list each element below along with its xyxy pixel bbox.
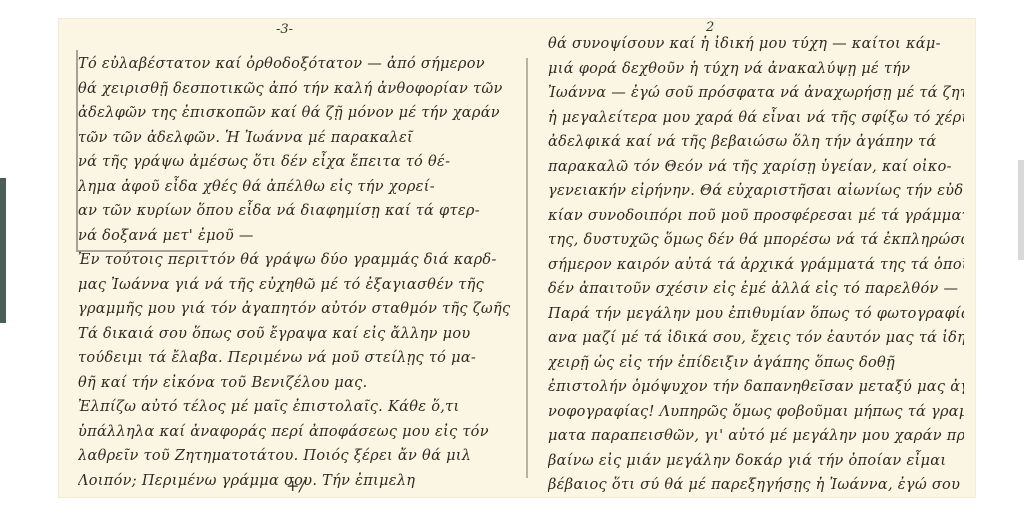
text-line: τῶν τῶν ἀδελφῶν. Ἡ Ἰωάννα μέ παρακαλεῖ xyxy=(78,126,516,151)
text-line: της, δυστυχῶς ὅμως δέν θά μπορέσω νά τά … xyxy=(548,228,964,253)
text-line: ἐπιστολήν ὁμόψυχον τήν δαπανηθεῖσαν μετα… xyxy=(548,375,964,400)
text-line: χειρῇ ὡς εἰς τήν ἐπίδειξιν ἀγάπης ὅπως δ… xyxy=(548,351,964,376)
text-line: δέν ἀπαιτοῦν σχέσιν εἰς ἐμέ ἀλλά εἰς τό … xyxy=(548,277,964,302)
text-line: βέβαιος ὅτι σύ θά μέ παρεξηγήσῃς ἡ Ἰωάνν… xyxy=(548,473,964,498)
page-number-left: -3- xyxy=(276,22,293,37)
text-line: ματα παραπεισθῶν, γι' αὐτό μέ μεγάλην μο… xyxy=(548,424,964,449)
text-line: ὑπάλληλα καί ἀναφοράς περί ἀποφάσεως μου… xyxy=(78,420,516,445)
footer-mark: +/ xyxy=(286,476,305,495)
text-line: σήμερον καιρόν αὐτά τά ἀρχικά γράμματά τ… xyxy=(548,253,964,278)
text-line: θά χειρισθῇ δεσποτικῶς ἀπό τήν καλή ἀνθο… xyxy=(78,77,516,102)
text-line: ἡ μεγαλείτερα μου χαρά θά εἶναι νά τῆς σ… xyxy=(548,106,964,131)
text-line: αν τῶν κυρίων ὅπου εἶδα νά διαφημίσῃ καί… xyxy=(78,199,516,224)
letter-sheet: -3- Τό εὐλαβέστατον καί ὀρθοδοξότατον — … xyxy=(58,18,976,498)
text-line: νά τῆς γράψω ἀμέσως ὅτι δέν εἶχα ἔπειτα … xyxy=(78,150,516,175)
text-line: νοφογραφίας! Λυπηρῶς ὅμως φοβοῦμαι μήπως… xyxy=(548,400,964,425)
scan-edge-right xyxy=(1018,160,1024,260)
text-line: βαίνω εἰς μιάν μεγάλην δοκάρ γιά τήν ὁπο… xyxy=(548,449,964,474)
text-line: νά δοξανά μετ' ἐμοῦ — xyxy=(78,224,516,249)
left-page: -3- Τό εὐλαβέστατον καί ὀρθοδοξότατον — … xyxy=(58,18,528,498)
right-page: 2 θά συνοψίσουν καί ἡ ἰδική μου τύχη — κ… xyxy=(528,18,976,498)
text-line: μιά φορά δεχθοῦν ἡ τύχη νά ἀνακαλύψῃ μέ … xyxy=(548,57,964,82)
text-line: Τό εὐλαβέστατον καί ὀρθοδοξότατον — ἀπό … xyxy=(78,52,516,77)
text-line: Ἰωάννα — ἐγώ σοῦ πρόσφατα νά ἀναχωρήσῃ μ… xyxy=(548,81,964,106)
text-line: γραμμῆς μου γιά τόν ἀγαπητόν αὐτόν σταθμ… xyxy=(78,297,516,322)
text-line: Τά δικαιά σου ὅπως σοῦ ἔγραψα καί εἰς ἄλ… xyxy=(78,322,516,347)
text-line: μας Ἰωάννα γιά νά τῆς εὐχηθῶ μέ τό ἐξαγι… xyxy=(78,273,516,298)
left-page-text: Τό εὐλαβέστατον καί ὀρθοδοξότατον — ἀπό … xyxy=(78,52,516,493)
text-line: γενειακήν εἰρήνην. Θά εὐχαριστῆσαι αἰωνί… xyxy=(548,179,964,204)
text-line: τούδειμι τά ἔλαβα. Περιμένω νά μοῦ στείλ… xyxy=(78,346,516,371)
text-line: κίαν συνοδοιπόρι ποῦ μοῦ προσφέρεσαι μέ … xyxy=(548,204,964,229)
text-line: θῆ καί τήν εἰκόνα τοῦ Βενιζέλου μας. xyxy=(78,371,516,396)
text-line: Ἐλπίζω αὐτό τέλος μέ μαῖς ἐπιστολαῖς. Κά… xyxy=(78,395,516,420)
text-line: ἀδελφικά καί νά τῆς βεβαιώσω ὅλη τήν ἀγά… xyxy=(548,130,964,155)
text-line: ἀδελφῶν της ἐπισκοπῶν καί θά ζῇ μόνον μέ… xyxy=(78,101,516,126)
text-line: παρακαλῶ τόν Θεόν νά τῆς χαρίσῃ ὑγείαν, … xyxy=(548,155,964,180)
text-line: θά συνοψίσουν καί ἡ ἰδική μου τύχη — καί… xyxy=(548,32,964,57)
text-line: λημα ἀφοῦ εἶδα χθές θά ἀπέλθω εἰς τήν χο… xyxy=(78,175,516,200)
text-line: ανα μαζί μέ τά ἰδικά σου, ἔχεις τόν ἑαυτ… xyxy=(548,326,964,351)
scan-edge-left xyxy=(0,178,6,323)
right-page-text: θά συνοψίσουν καί ἡ ἰδική μου τύχη — καί… xyxy=(548,32,964,498)
text-line: Παρά τήν μεγάλην μου ἐπιθυμίαν ὅπως τό φ… xyxy=(548,302,964,327)
text-line: λαθρεῖν τοῦ Ζητηματοτάτου. Ποιός ξέρει ἄ… xyxy=(78,444,516,469)
text-line: Ἐν τούτοις περιττόν θά γράψω δύο γραμμάς… xyxy=(78,248,516,273)
